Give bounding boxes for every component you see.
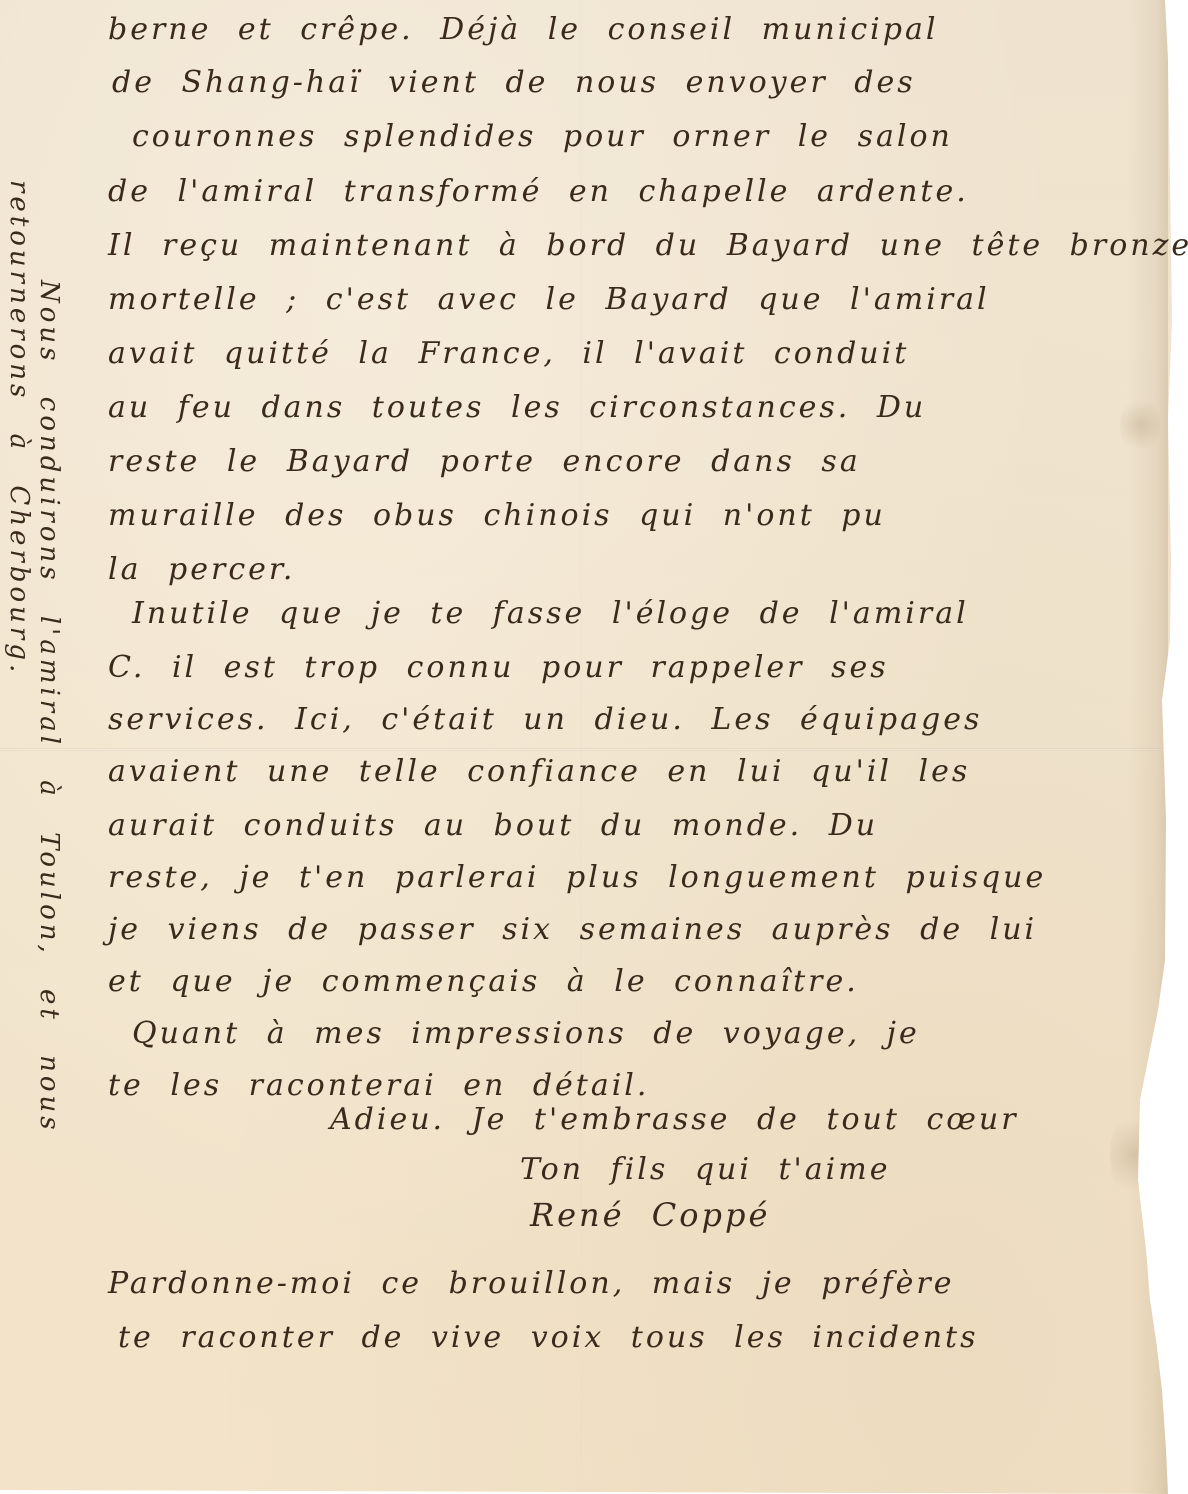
body-line: muraille des obus chinois qui n'ont pu [108,496,886,536]
margin-note-line: retournerons à Cherbourg. [4,180,34,676]
margin-note-line: Nous conduirons l'amiral à Toulon, et no… [34,280,64,1134]
body-line: couronnes splendides pour orner le salon [132,117,953,157]
body-line: services. Ici, c'était un dieu. Les équi… [108,700,982,740]
body-line: Il reçu maintenant à bord du Bayard une … [108,226,1188,266]
body-line: avait quitté la France, il l'avait condu… [108,334,909,374]
vertical-margin-note: Nous conduirons l'amiral à Toulon, et no… [14,270,94,1470]
signature: René Coppé [530,1195,770,1235]
farewell-line: Adieu. Je t'embrasse de tout cœur [330,1100,1019,1140]
body-line: reste, je t'en parlerai plus longuement … [108,858,1046,898]
body-line: de Shang-haï vient de nous envoyer des [112,63,916,103]
body-line: aurait conduits au bout du monde. Du [108,806,878,846]
sign-off-line: Ton fils qui t'aime [520,1150,890,1190]
body-line: berne et crêpe. Déjà le conseil municipa… [108,10,938,50]
body-line: de l'amiral transformé en chapelle arden… [108,172,969,212]
body-line: et que je commençais à le connaître. [108,962,859,1002]
body-line: la percer. [108,550,295,590]
body-line: je viens de passer six semaines auprès d… [108,910,1037,950]
postscript-line: Pardonne-moi ce brouillon, mais je préfè… [108,1264,954,1304]
body-line: C. il est trop connu pour rappeler ses [108,648,889,688]
body-line: reste le Bayard porte encore dans sa [108,442,861,482]
body-line: mortelle ; c'est avec le Bayard que l'am… [108,280,990,320]
postscript-line: te raconter de vive voix tous les incide… [118,1318,978,1358]
body-line: avaient une telle confiance en lui qu'il… [108,752,970,792]
letter-content: berne et crêpe. Déjà le conseil municipa… [0,0,1188,1494]
body-line: Quant à mes impressions de voyage, je [132,1014,920,1054]
body-line: Inutile que je te fasse l'éloge de l'ami… [132,594,969,634]
body-line: au feu dans toutes les circonstances. Du [108,388,926,428]
